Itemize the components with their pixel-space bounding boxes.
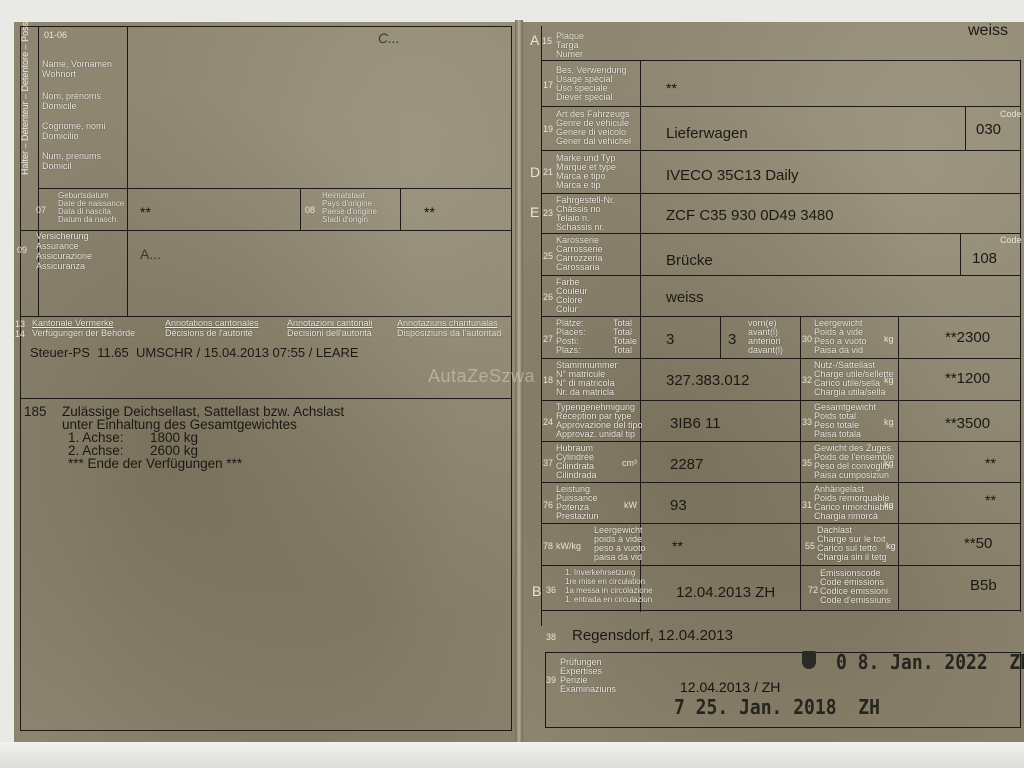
top-right-color: weiss (968, 22, 1008, 40)
background-surface (0, 742, 1024, 768)
handwritten-mark: C... (378, 30, 400, 46)
watermark: AutaZeSzwa (428, 366, 535, 387)
inspection-stamp-2022: 0 8. Jan. 2022 ZH (836, 650, 1024, 674)
inspection-stamp-2018: 7 25. Jan. 2018 ZH (674, 695, 880, 719)
canton-shield-icon (802, 651, 816, 669)
holder-side-label: Halter – Détenteur – Detentore – Possess… (20, 25, 30, 175)
tax-hp-line: Steuer-PS 11.65 UMSCHR / 15.04.2013 07:5… (30, 345, 359, 360)
field-185-axle-loads: 185 Zulässige Deichsellast, Sattellast b… (24, 405, 344, 470)
